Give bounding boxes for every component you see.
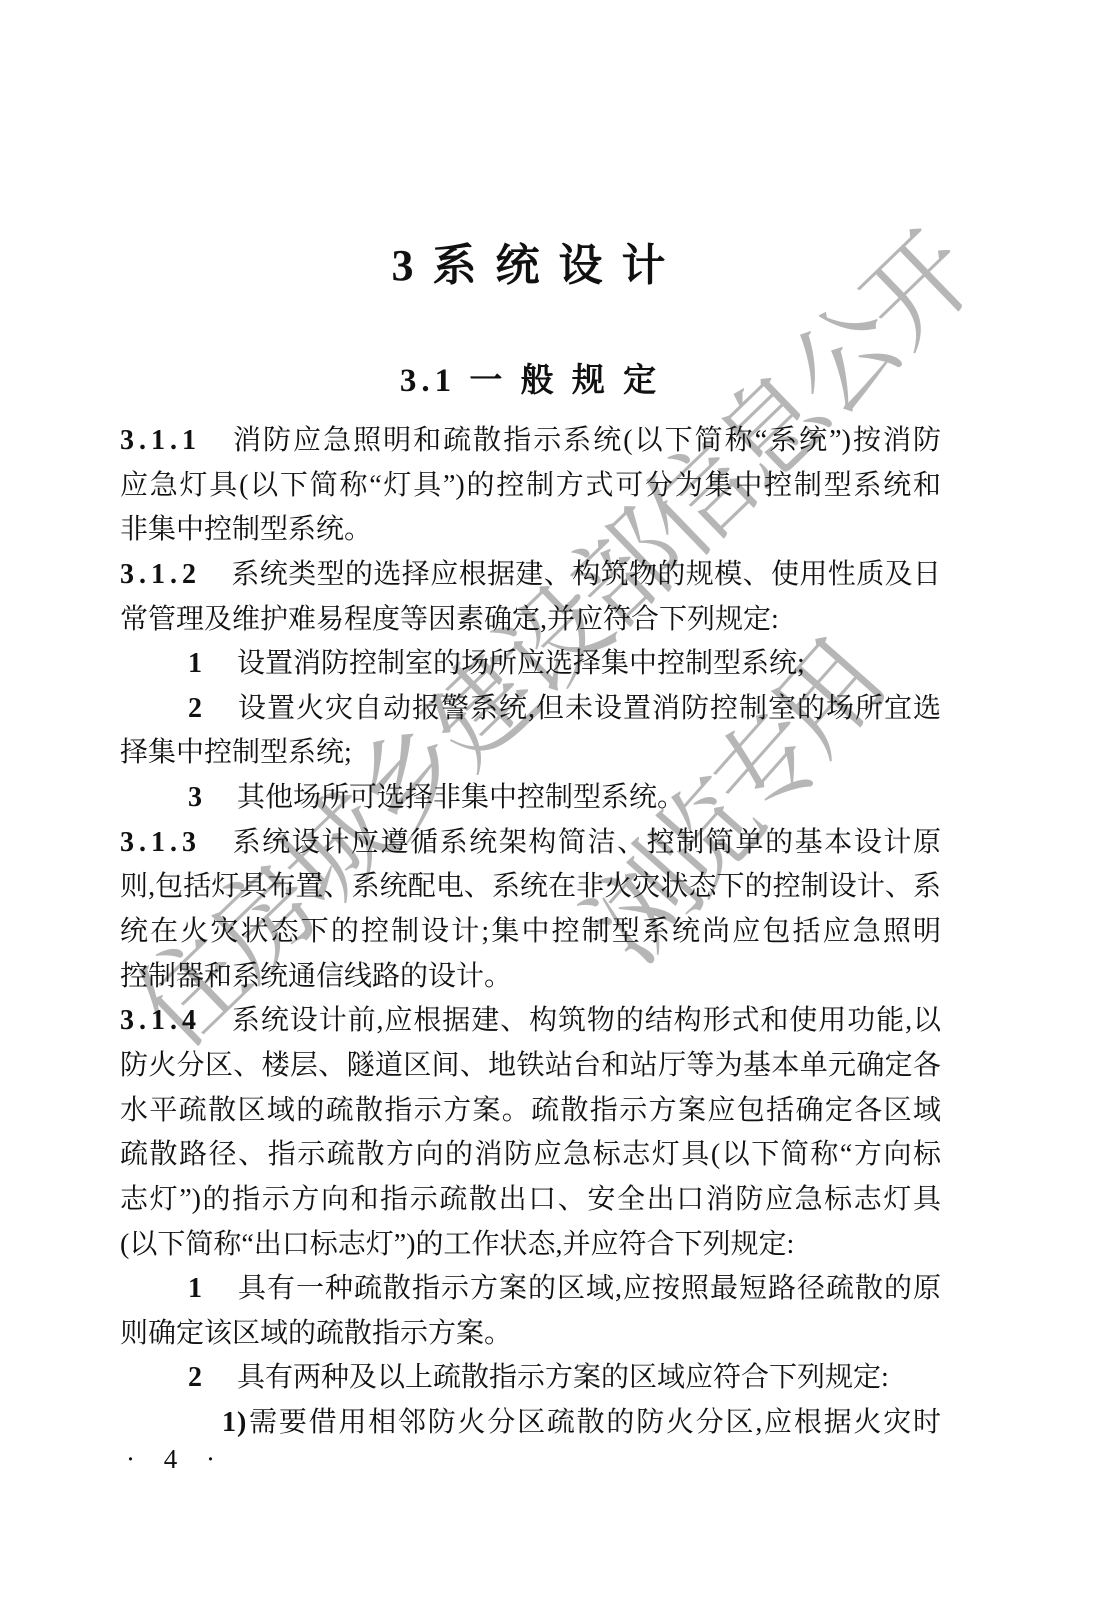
clause-label: 2 — [188, 1362, 207, 1393]
page-number: · 4 · — [126, 1444, 226, 1475]
clause-label: 3.1.3 — [120, 827, 201, 858]
line-text: 需要借用相邻防火分区疏散的防火分区,应根据火灾时 — [247, 1407, 941, 1438]
clause-label: 3.1.2 — [120, 559, 201, 590]
line-text: 志灯”)的指示方向和指示疏散出口、安全出口消防应急标志灯具 — [120, 1184, 941, 1215]
text-line: (以下简称“出口标志灯”)的工作状态,并应符合下列规定: — [120, 1223, 941, 1268]
text-line: 控制器和系统通信线路的设计。 — [120, 955, 941, 1000]
document-page: 住房城乡建设部信息公开 浏览专用 3 系 统 设 计 3.1 一 般 规 定 3… — [0, 0, 1102, 1597]
text-line: 3.1.4系统设计前,应根据建、构筑物的结构形式和使用功能,以 — [120, 999, 941, 1044]
clause-label: 1 — [188, 648, 207, 679]
line-text: 统在火灾状态下的控制设计;集中控制型系统尚应包括应急照明 — [120, 916, 941, 947]
text-line: 常管理及维护难易程度等因素确定,并应符合下列规定: — [120, 598, 941, 643]
line-text: 应急灯具(以下简称“灯具”)的控制方式可分为集中控制型系统和 — [120, 470, 941, 501]
line-text: 常管理及维护难易程度等因素确定,并应符合下列规定: — [120, 604, 779, 635]
text-line: 1具有一种疏散指示方案的区域,应按照最短路径疏散的原 — [120, 1267, 941, 1312]
clause-label: 3.1.4 — [120, 1005, 201, 1036]
chapter-title: 3 系 统 设 计 — [120, 242, 941, 290]
text-line: 3.1.2系统类型的选择应根据建、构筑物的规模、使用性质及日 — [120, 553, 941, 598]
text-line: 疏散路径、指示疏散方向的消防应急标志灯具(以下简称“方向标 — [120, 1133, 941, 1178]
line-text: 具有一种疏散指示方案的区域,应按照最短路径疏散的原 — [237, 1273, 941, 1304]
text-line: 应急灯具(以下简称“灯具”)的控制方式可分为集中控制型系统和 — [120, 464, 941, 509]
text-line: 择集中控制型系统; — [120, 731, 941, 776]
text-line: 2设置火灾自动报警系统,但未设置消防控制室的场所宜选 — [120, 687, 941, 732]
text-line: 3其他场所可选择非集中控制型系统。 — [120, 776, 941, 821]
clause-label: 1 — [188, 1273, 207, 1304]
line-text: 系统设计前,应根据建、构筑物的结构形式和使用功能,以 — [231, 1005, 941, 1036]
line-text: (以下简称“出口标志灯”)的工作状态,并应符合下列规定: — [120, 1229, 794, 1260]
section-heading: 3.1 一 般 规 定 — [120, 363, 941, 399]
line-text: 设置消防控制室的场所应选择集中控制型系统; — [237, 648, 805, 679]
line-text: 设置火灾自动报警系统,但未设置消防控制室的场所宜选 — [237, 693, 941, 724]
line-text: 系统设计应遵循系统架构简洁、控制简单的基本设计原 — [231, 827, 941, 858]
line-text: 非集中控制型系统。 — [120, 514, 372, 545]
text-line: 3.1.1消防应急照明和疏散指示系统(以下简称“系统”)按消防 — [120, 419, 941, 464]
line-text: 控制器和系统通信线路的设计。 — [120, 961, 512, 992]
text-line: 3.1.3系统设计应遵循系统架构简洁、控制简单的基本设计原 — [120, 821, 941, 866]
clause-label: 3.1.1 — [120, 425, 201, 456]
text-line: 统在火灾状态下的控制设计;集中控制型系统尚应包括应急照明 — [120, 910, 941, 955]
line-text: 则确定该区域的疏散指示方案。 — [120, 1318, 512, 1349]
line-text: 水平疏散区域的疏散指示方案。疏散指示方案应包括确定各区域 — [120, 1095, 941, 1126]
text-line: 防火分区、楼层、隧道区间、地铁站台和站厅等为基本单元确定各 — [120, 1044, 941, 1089]
text-line: 水平疏散区域的疏散指示方案。疏散指示方案应包括确定各区域 — [120, 1089, 941, 1134]
page-content: 3 系 统 设 计 3.1 一 般 规 定 3.1.1消防应急照明和疏散指示系统… — [0, 0, 1102, 1597]
line-text: 防火分区、楼层、隧道区间、地铁站台和站厅等为基本单元确定各 — [120, 1050, 941, 1081]
line-text: 则,包括灯具布置、系统配电、系统在非火灾状态下的控制设计、系 — [120, 871, 941, 902]
text-line: 则,包括灯具布置、系统配电、系统在非火灾状态下的控制设计、系 — [120, 865, 941, 910]
line-text: 择集中控制型系统; — [120, 737, 352, 768]
text-line: 则确定该区域的疏散指示方案。 — [120, 1312, 941, 1357]
document-body: 3.1.1消防应急照明和疏散指示系统(以下简称“系统”)按消防 应急灯具(以下简… — [120, 419, 941, 1446]
line-text: 消防应急照明和疏散指示系统(以下简称“系统”)按消防 — [231, 425, 941, 456]
text-line: 1)需要借用相邻防火分区疏散的防火分区,应根据火灾时 — [120, 1401, 941, 1446]
line-text: 具有两种及以上疏散指示方案的区域应符合下列规定: — [237, 1362, 889, 1393]
text-line: 1设置消防控制室的场所应选择集中控制型系统; — [120, 642, 941, 687]
line-text: 疏散路径、指示疏散方向的消防应急标志灯具(以下简称“方向标 — [120, 1139, 941, 1170]
clause-label: 3 — [188, 782, 207, 813]
clause-label: 1) — [222, 1407, 247, 1438]
line-text: 系统类型的选择应根据建、构筑物的规模、使用性质及日 — [231, 559, 941, 590]
text-line: 2具有两种及以上疏散指示方案的区域应符合下列规定: — [120, 1356, 941, 1401]
clause-label: 2 — [188, 693, 207, 724]
text-line: 非集中控制型系统。 — [120, 508, 941, 553]
text-line: 志灯”)的指示方向和指示疏散出口、安全出口消防应急标志灯具 — [120, 1178, 941, 1223]
line-text: 其他场所可选择非集中控制型系统。 — [237, 782, 685, 813]
